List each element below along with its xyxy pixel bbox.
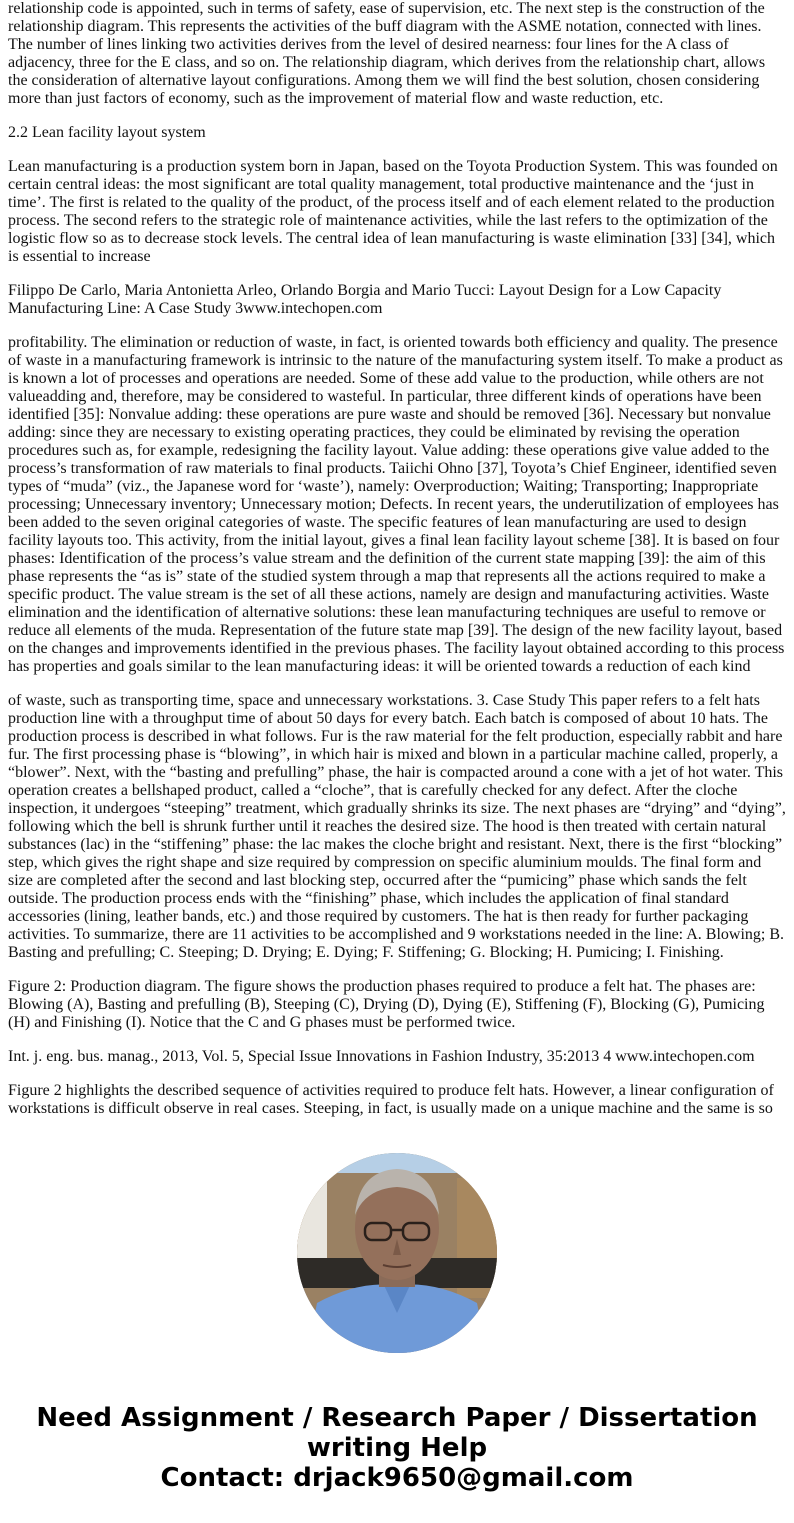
page-footer-citation: Filippo De Carlo, Maria Antonietta Arleo… (8, 282, 788, 318)
promo-contact-email[interactable]: Contact: drjack9650@gmail.com (0, 1463, 794, 1493)
portrait-icon (297, 1153, 497, 1353)
author-avatar (297, 1153, 497, 1353)
paragraph-lean-manufacturing: Lean manufacturing is a production syste… (8, 158, 788, 266)
paragraph-case-study: of waste, such as transporting time, spa… (8, 692, 788, 962)
page-header-journal: Int. j. eng. bus. manag., 2013, Vol. 5, … (8, 1048, 788, 1066)
section-heading-lean-layout: 2.2 Lean facility layout system (8, 124, 788, 142)
paragraph-waste-types: profitability. The elimination or reduct… (8, 334, 788, 676)
paragraph-relationship-diagram: relationship code is appointed, such in … (8, 0, 788, 108)
promo-subheadline: writing Help (0, 1433, 794, 1463)
paragraph-figure-2-discussion: Figure 2 highlights the described sequen… (8, 1082, 788, 1118)
promo-banner: Need Assignment / Research Paper / Disse… (0, 1403, 794, 1493)
document-text: relationship code is appointed, such in … (8, 0, 788, 1122)
figure-caption: Figure 2: Production diagram. The figure… (8, 978, 788, 1032)
promo-headline: Need Assignment / Research Paper / Disse… (0, 1403, 794, 1433)
